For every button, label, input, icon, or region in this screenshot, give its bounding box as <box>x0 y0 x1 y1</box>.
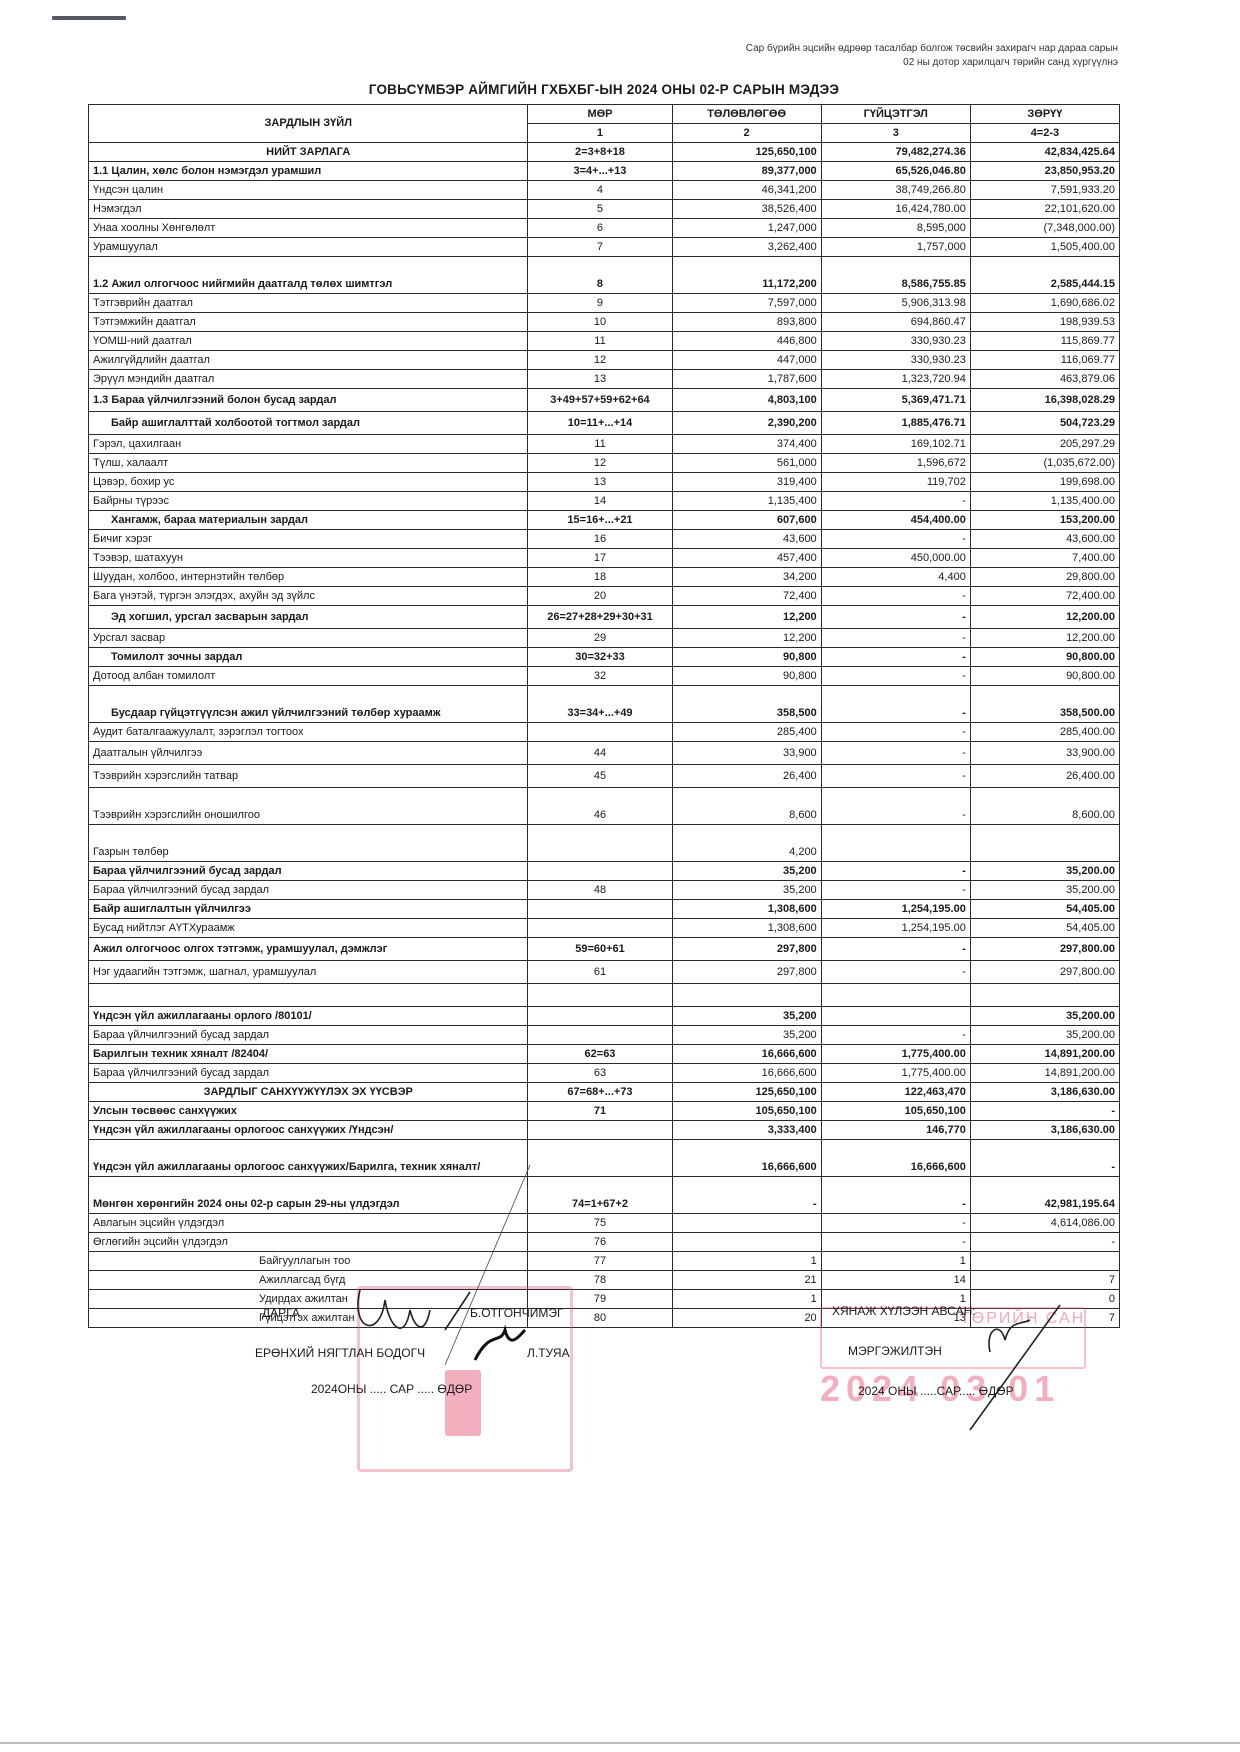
page-bottom-edge <box>0 1742 1240 1744</box>
director-signature-icon <box>358 1290 470 1330</box>
handwritten-signatures <box>0 0 1240 1752</box>
treasury-signature-icon <box>970 1305 1060 1430</box>
table-pen-stroke-icon <box>445 1165 530 1365</box>
accountant-signature-icon <box>475 1330 525 1360</box>
